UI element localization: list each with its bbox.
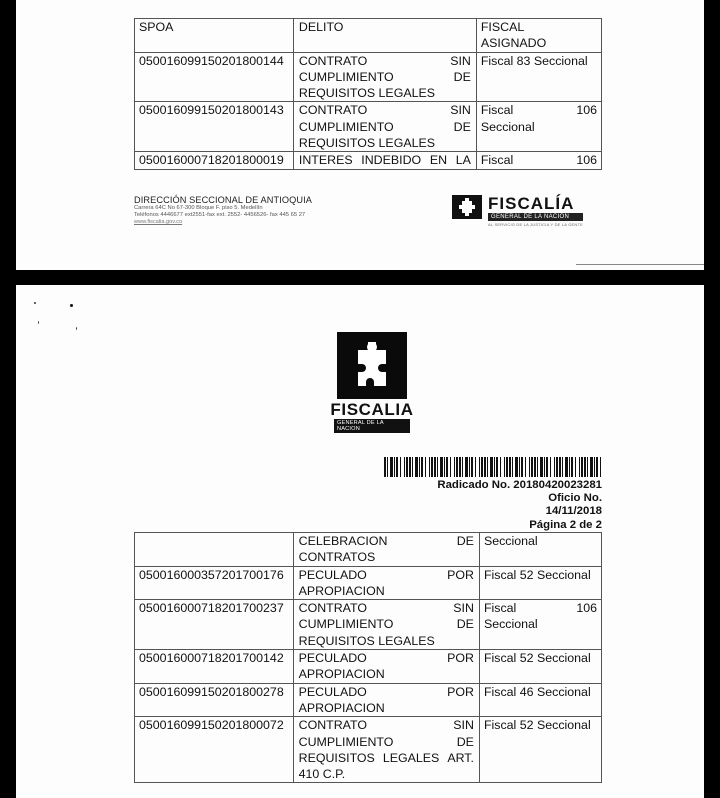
office-address: Carrera 64C No 67-300 Bloque F. piso 5. …: [134, 205, 312, 212]
office-name: DIRECCIÓN SECCIONAL DE ANTIOQUIA: [134, 195, 312, 205]
document-page-1: SPOA DELITO FISCAL ASIGNADO 050016099150…: [16, 0, 704, 270]
spoa-cell: 050016000718201700142: [135, 650, 294, 684]
logo-name: FISCALÍA: [488, 195, 583, 212]
table-row: 050016000718201700142PECULADOPORAPROPIAC…: [135, 650, 602, 684]
fiscal-cell: Fiscal 83 Seccional: [476, 52, 601, 102]
puzzle-piece-icon: [337, 332, 407, 399]
table-row: 050016000357201700176PECULADOPORAPROPIAC…: [135, 566, 602, 600]
spoa-cell: 050016099150201800144: [135, 52, 294, 102]
document-date: 14/11/2018: [437, 505, 602, 518]
spoa-cell: 050016000357201700176: [135, 566, 294, 600]
table-row: 050016099150201800143CONTRATOSINCUMPLIMI…: [135, 102, 602, 152]
puzzle-piece-icon: [452, 195, 482, 219]
delito-cell: CONTRATOSINCUMPLIMIENTODEREQUISITOS LEGA…: [293, 600, 479, 650]
header-spoa: SPOA: [135, 19, 294, 53]
fiscal-cell: Fiscal 52 Seccional: [479, 717, 601, 783]
table-row: 050016099150201800278PECULADOPORAPROPIAC…: [135, 683, 602, 717]
logo-name: FISCALIA: [330, 401, 413, 419]
logo-band: GENERAL DE LA NACIÓN: [488, 213, 583, 221]
spoa-cell: [135, 533, 294, 567]
oficio-number: Oficio No.: [437, 492, 602, 505]
footer-office-info: DIRECCIÓN SECCIONAL DE ANTIOQUIA Carrera…: [134, 195, 312, 225]
table-row: 050016000718201800019INTERESINDEBIDOENLA…: [135, 152, 602, 169]
office-website-link[interactable]: www.fiscalia.gov.co: [134, 219, 312, 225]
spoa-cell: 050016099150201800278: [135, 683, 294, 717]
header-fiscal-asignado: FISCAL ASIGNADO: [476, 19, 601, 53]
fiscalia-header-logo: FISCALIA GENERAL DE LA NACION: [334, 332, 410, 433]
page-counter: Página 2 de 2: [437, 519, 602, 532]
fiscalia-footer-logo: FISCALÍA GENERAL DE LA NACIÓN AL SERVICI…: [452, 195, 583, 227]
logo-tagline: AL SERVICIO DE LA JUSTICIA Y DE LA GENTE: [488, 222, 583, 227]
document-page-2: FISCALIA GENERAL DE LA NACION Radicado N…: [16, 285, 704, 798]
fiscal-cell: Fiscal 52 Seccional: [479, 650, 601, 684]
barcode-image: [384, 457, 604, 477]
spoa-cell: 050016099150201800143: [135, 102, 294, 152]
radicado-info: Radicado No. 20180420023281 Oficio No. 1…: [437, 479, 602, 532]
fiscal-cell: Fiscal 52 Seccional: [479, 566, 601, 600]
cases-table-page-2: CELEBRACIONDECONTRATOSSeccional050016000…: [134, 532, 602, 783]
fiscal-cell: Fiscal 46 Seccional: [479, 683, 601, 717]
fiscal-cell: Fiscal106: [476, 152, 601, 169]
delito-cell: CONTRATOSINCUMPLIMIENTODEREQUISITOSLEGAL…: [293, 717, 479, 783]
header-delito: DELITO: [293, 19, 476, 53]
delito-cell: INTERESINDEBIDOENLA: [293, 152, 476, 169]
delito-cell: CONTRATOSINCUMPLIMIENTODEREQUISITOS LEGA…: [293, 52, 476, 102]
table-row: 050016099150201800072CONTRATOSINCUMPLIMI…: [135, 717, 602, 783]
spoa-cell: 050016000718201700237: [135, 600, 294, 650]
fiscal-cell: Seccional: [479, 533, 601, 567]
page-edge-shadow: [576, 264, 704, 265]
delito-cell: PECULADOPORAPROPIACION: [293, 683, 479, 717]
fiscal-cell: Fiscal106Seccional: [476, 102, 601, 152]
table-row: 050016000718201700237CONTRATOSINCUMPLIMI…: [135, 600, 602, 650]
cases-table-page-1: SPOA DELITO FISCAL ASIGNADO 050016099150…: [134, 18, 602, 170]
fiscal-cell: Fiscal106Seccional: [479, 600, 601, 650]
logo-band: GENERAL DE LA NACION: [334, 419, 410, 433]
table-row: CELEBRACIONDECONTRATOSSeccional: [135, 533, 602, 567]
delito-cell: PECULADOPORAPROPIACION: [293, 566, 479, 600]
spoa-cell: 050016000718201800019: [135, 152, 294, 169]
table-header-row: SPOA DELITO FISCAL ASIGNADO: [135, 19, 602, 53]
spoa-cell: 050016099150201800072: [135, 717, 294, 783]
delito-cell: CELEBRACIONDECONTRATOS: [293, 533, 479, 567]
office-phones: Teléfonos 4446677 ext2551-fax ext. 2552-…: [134, 212, 312, 219]
delito-cell: PECULADOPORAPROPIACION: [293, 650, 479, 684]
table-row: 050016099150201800144CONTRATOSINCUMPLIMI…: [135, 52, 602, 102]
radicado-number: Radicado No. 20180420023281: [437, 479, 602, 492]
delito-cell: CONTRATOSINCUMPLIMIENTODEREQUISITOS LEGA…: [293, 102, 476, 152]
